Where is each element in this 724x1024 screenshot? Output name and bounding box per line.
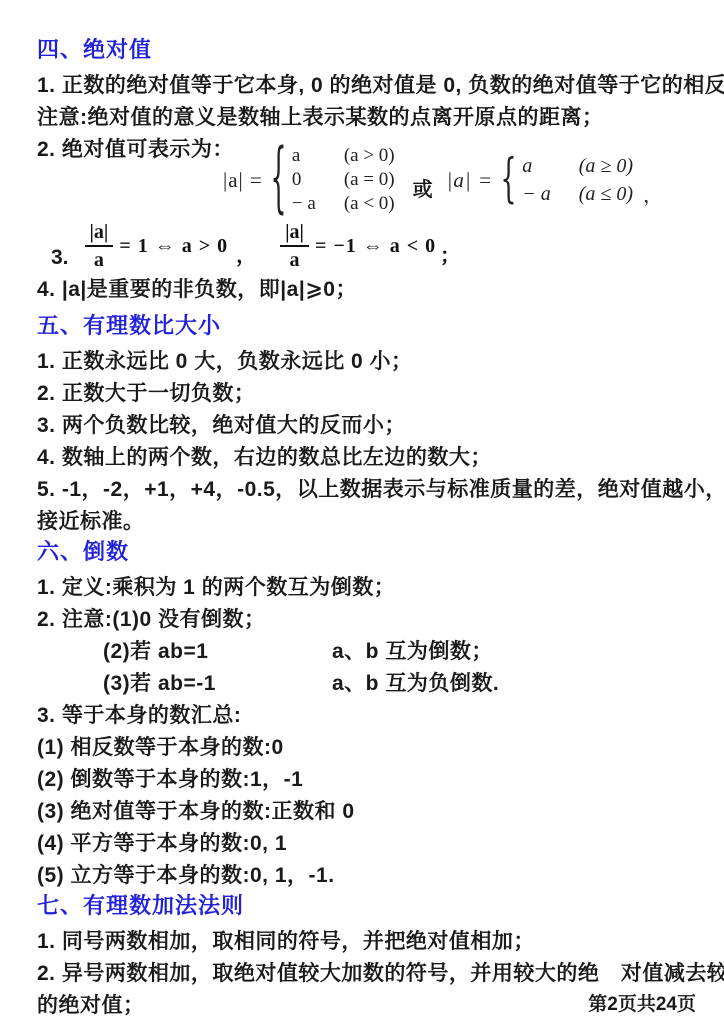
case-condition: (a > 0) (344, 144, 395, 168)
cases-group-1: a (a > 0) 0 (a = 0) − a (a < 0) (292, 144, 395, 216)
condition-ab-equals-neg-1: (3)若 ab=-1 (103, 668, 332, 700)
sec6-note-3-row: (3)若 ab=-1 a、b 互为负倒数. (37, 668, 690, 700)
sec5-rule-4: 4. 数轴上的两个数，右边的数总比左边的数大； (37, 442, 690, 474)
sec6-note-1: 2. 注意:(1)0 没有倒数； (37, 604, 690, 636)
fraction-equation-rhs: = −1 ⇔ a < 0 (315, 235, 436, 258)
fraction-denominator: a (290, 247, 300, 271)
sec7-rule-1: 1. 同号两数相加，取相同的符号，并把绝对值相加； (37, 926, 690, 958)
fraction-abs-a-over-a: |a| a (85, 221, 114, 271)
sec6-summary-item-1: (1) 相反数等于本身的数:0 (37, 732, 690, 764)
cases-group-2: a (a ≥ 0) − a (a ≤ 0) (522, 152, 633, 208)
sec5-rule-2: 2. 正数大于一切负数； (37, 378, 690, 410)
sec5-rule-5-line-1: 5. -1，-2，+1，+4，-0.5，以上数据表示与标准质量的差，绝对值越小，… (37, 474, 690, 506)
sec4-rule-4: 4. |a|是重要的非负数，即|a|⩾0； (37, 274, 690, 306)
sec7-rule-2-line-1: 2. 异号两数相加，取绝对值较大加数的符号，并用较大的绝 对值减去较小 (37, 958, 690, 990)
formula-trailing-comma: ， (643, 179, 663, 208)
case-value: − a (292, 192, 316, 216)
page-number-footer: 第2页共24页 (588, 989, 696, 1016)
or-connector: 或 (413, 173, 433, 202)
case-value: a (522, 152, 551, 180)
condition-ab-equals-1: (2)若 ab=1 (103, 636, 332, 668)
case-value: 0 (292, 168, 316, 192)
formula-lhs-2: |a| = (447, 168, 493, 193)
section-title-comparing-rationals: 五、有理数比大小 (37, 312, 690, 340)
sec5-rule-3: 3. 两个负数比较，绝对值大的反而小； (37, 410, 690, 442)
case-value: a (292, 144, 316, 168)
conclusion-reciprocal: a、b 互为倒数； (332, 636, 493, 668)
separator-semicolon: ； (440, 239, 460, 268)
case-condition: (a = 0) (344, 168, 395, 192)
fraction-equation-rhs: = 1 ⇔ a > 0 (119, 235, 228, 258)
separator-comma: ， (236, 239, 256, 268)
sec6-summary-item-2: (2) 倒数等于本身的数:1，-1 (37, 764, 690, 796)
document-page: 四、绝对值 1. 正数的绝对值等于它本身, 0 的绝对值是 0, 负数的绝对值等… (0, 0, 724, 1024)
sec4-rule-3-fractions: 3. |a| a = 1 ⇔ a > 0 ， |a| a = −1 ⇔ a < … (37, 218, 690, 274)
fraction-numerator: |a| (85, 221, 114, 247)
section-title-reciprocal: 六、倒数 (37, 538, 690, 566)
sec5-rule-5-line-2: 接近标准。 (37, 506, 690, 538)
sec4-note: 注意:绝对值的意义是数轴上表示某数的点离开原点的距离； (37, 102, 690, 134)
section-title-absolute-value: 四、绝对值 (37, 36, 690, 64)
left-brace-glyph: { (270, 142, 286, 219)
sec6-note-2-row: (2)若 ab=1 a、b 互为倒数； (37, 636, 690, 668)
item-number: 3. (51, 246, 69, 270)
formula-lhs: |a| = (223, 168, 263, 193)
case-condition: (a < 0) (344, 192, 395, 216)
sec5-rule-1: 1. 正数永远比 0 大，负数永远比 0 小； (37, 346, 690, 378)
sec6-summary-item-3: (3) 绝对值等于本身的数:正数和 0 (37, 796, 690, 828)
sec4-rule-1: 1. 正数的绝对值等于它本身, 0 的绝对值是 0, 负数的绝对值等于它的相反数… (37, 70, 690, 102)
case-value: − a (522, 180, 551, 208)
sec6-summary-item-5: (5) 立方等于本身的数:0, 1，-1. (37, 860, 690, 892)
fraction-abs-a-over-a: |a| a (280, 221, 309, 271)
fraction-denominator: a (94, 247, 104, 271)
conclusion-negative-reciprocal: a、b 互为负倒数. (332, 668, 499, 700)
case-condition: (a ≤ 0) (579, 180, 633, 208)
sec6-definition: 1. 定义:乘积为 1 的两个数互为倒数； (37, 572, 690, 604)
sec6-summary-item-4: (4) 平方等于本身的数:0, 1 (37, 828, 690, 860)
section-title-rational-addition-rules: 七、有理数加法法则 (37, 892, 690, 920)
left-brace-glyph: { (501, 154, 517, 207)
sec6-summary-heading: 3. 等于本身的数汇总: (37, 700, 690, 732)
fraction-numerator: |a| (280, 221, 309, 247)
case-condition: (a ≥ 0) (579, 152, 633, 180)
